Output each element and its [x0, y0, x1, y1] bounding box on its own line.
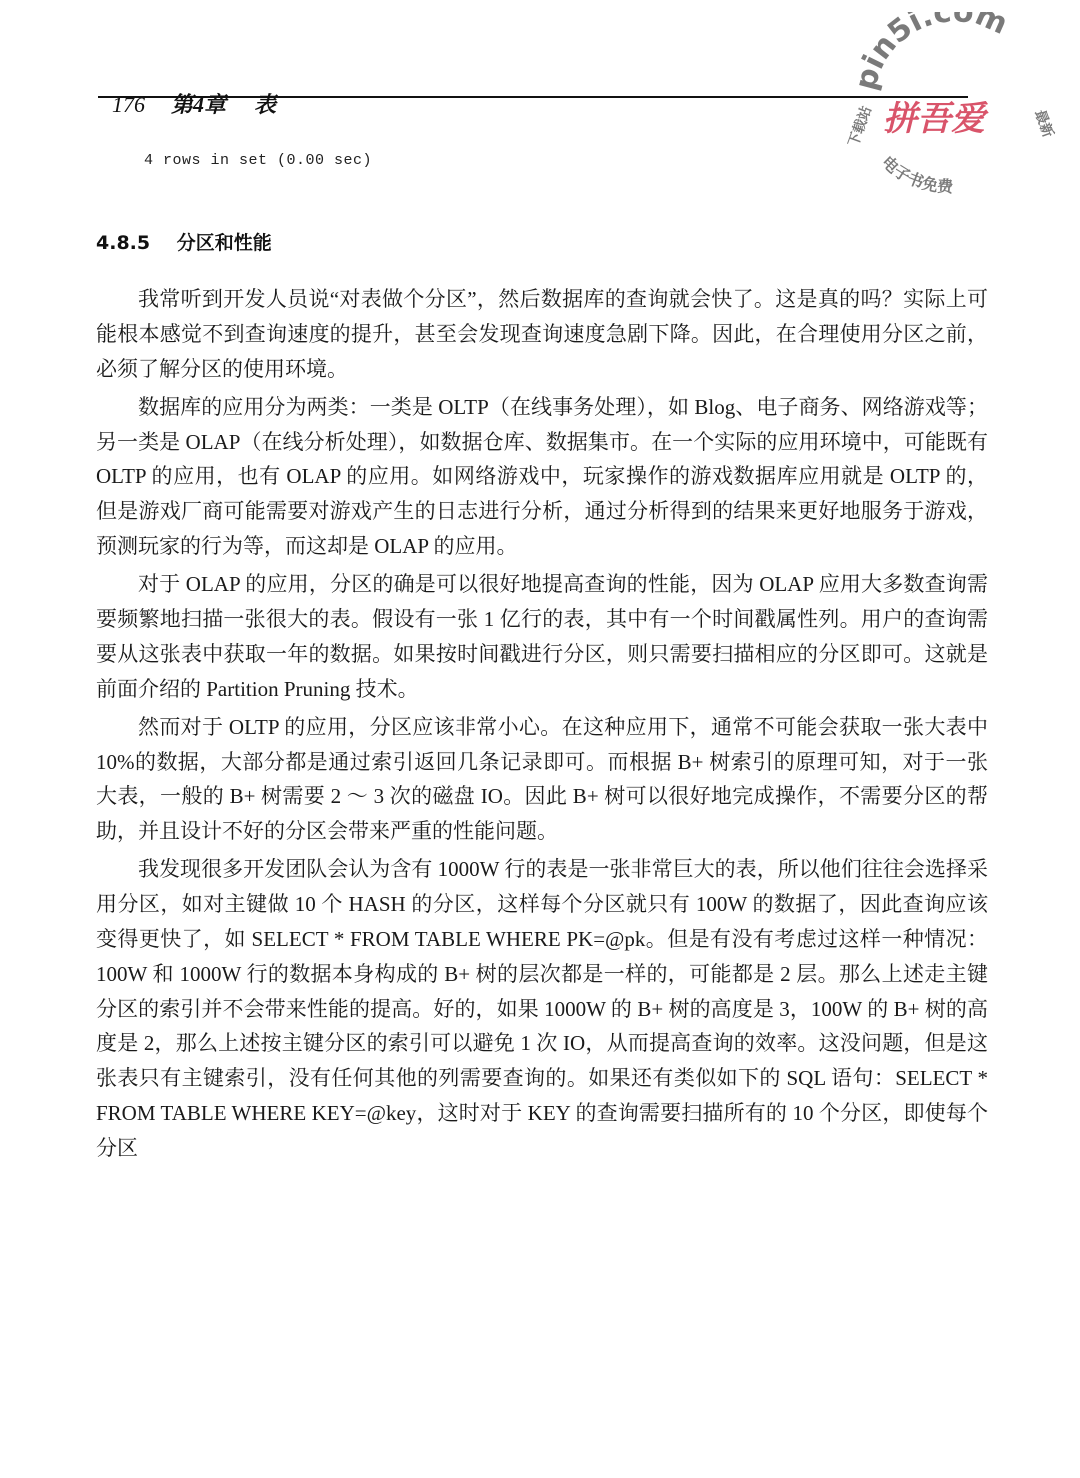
running-header: 176 第4章 表	[112, 88, 276, 119]
paragraph: 然而对于 OLTP 的应用，分区应该非常小心。在这种应用下，通常不可能会获取一张…	[96, 710, 988, 849]
svg-text:电子书免费: 电子书免费	[878, 152, 955, 196]
body-text: 我常听到开发人员说“对表做个分区”，然后数据库的查询就会快了。这是真的吗？实际上…	[96, 282, 988, 1169]
watermark-stamp: pin5i.com 拼吾爱 下载站 最新 电子书免费	[845, 12, 1060, 197]
paragraph: 我发现很多开发团队会认为含有 1000W 行的表是一张非常巨大的表，所以他们往往…	[96, 852, 988, 1165]
paragraph: 我常听到开发人员说“对表做个分区”，然后数据库的查询就会快了。这是真的吗？实际上…	[96, 282, 988, 386]
svg-text:pin5i.com: pin5i.com	[848, 12, 1013, 94]
code-output-line: 4 rows in set (0.00 sec)	[144, 152, 372, 169]
paragraph: 对于 OLAP 的应用，分区的确是可以很好地提高查询的性能，因为 OLAP 应用…	[96, 567, 988, 706]
watermark-logo-icon: pin5i.com 拼吾爱 下载站 最新 电子书免费	[845, 12, 1060, 197]
chapter-label: 第4章	[171, 88, 226, 119]
header-rule	[98, 96, 968, 98]
svg-text:拼吾爱: 拼吾爱	[883, 99, 989, 139]
section-title: 分区和性能	[177, 232, 272, 254]
svg-text:下载站: 下载站	[845, 104, 875, 149]
chapter-title: 表	[254, 88, 276, 119]
section-number: 4.8.5	[96, 232, 150, 254]
paragraph: 数据库的应用分为两类：一类是 OLTP（在线事务处理），如 Blog、电子商务、…	[96, 390, 988, 564]
section-heading: 4.8.5 分区和性能	[96, 228, 272, 255]
svg-text:最新: 最新	[1031, 108, 1057, 140]
